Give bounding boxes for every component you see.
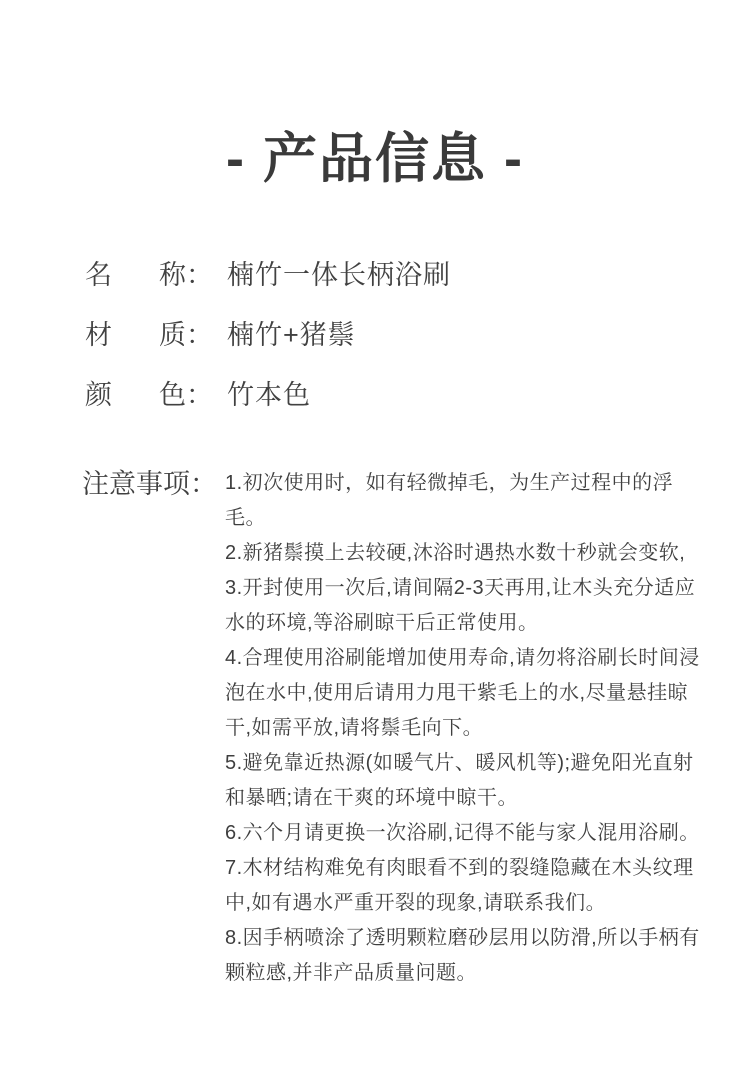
product-attributes: 名称： 楠竹一体长柄浴刷 材质： 楠竹+猪鬃 颜色： 竹本色 — [85, 260, 750, 410]
notes-list: 1.初次使用时，如有轻微掉毛，为生产过程中的浮毛。 2.新猪鬃摸上去较硬,沐浴时… — [225, 466, 707, 991]
attr-label-material: 材质 — [85, 320, 186, 350]
notes-section: 注意事项： 1.初次使用时，如有轻微掉毛，为生产过程中的浮毛。 2.新猪鬃摸上去… — [82, 466, 750, 991]
notes-label: 注意事项： — [82, 466, 225, 502]
attr-label-name: 名称 — [85, 260, 186, 290]
note-item-2: 2.新猪鬃摸上去较硬,沐浴时遇热水数十秒就会变软, — [225, 536, 707, 571]
attr-label-color: 颜色 — [85, 380, 186, 410]
attr-label-char: 色 — [159, 380, 186, 410]
note-item-3: 3.开封使用一次后,请间隔2-3天再用,让木头充分适应水的环境,等浴刷晾干后正常… — [225, 571, 707, 641]
attr-label-char: 称 — [159, 260, 186, 290]
attr-value-material: 楠竹+猪鬃 — [227, 320, 356, 350]
note-item-5: 5.避免靠近热源(如暖气片、暖风机等);避免阳光直射和暴晒;请在干爽的环境中晾干… — [225, 746, 707, 816]
note-item-7: 7.木材结构难免有肉眼看不到的裂缝隐藏在木头纹理中,如有遇水严重开裂的现象,请联… — [225, 851, 707, 921]
note-item-8: 8.因手柄喷涂了透明颗粒磨砂层用以防滑,所以手柄有颗粒感,并非产品质量问题。 — [225, 921, 707, 991]
attr-value-color: 竹本色 — [227, 380, 311, 410]
attr-label-char: 名 — [85, 260, 112, 290]
note-item-6: 6.六个月请更换一次浴刷,记得不能与家人混用浴刷。 — [225, 816, 707, 851]
attr-label-char: 材 — [85, 320, 112, 350]
attr-row-material: 材质： 楠竹+猪鬃 — [85, 320, 750, 350]
attr-colon: ： — [186, 320, 213, 350]
page-title: - 产品信息 - — [0, 0, 750, 188]
note-item-1: 1.初次使用时，如有轻微掉毛，为生产过程中的浮毛。 — [225, 466, 707, 536]
product-info-page: - 产品信息 - 名称： 楠竹一体长柄浴刷 材质： 楠竹+猪鬃 颜色： 竹本色 … — [0, 0, 750, 1082]
attr-colon: ： — [186, 260, 213, 290]
attr-row-name: 名称： 楠竹一体长柄浴刷 — [85, 260, 750, 290]
attr-colon: ： — [186, 380, 213, 410]
notes-label-text: 注意事项 — [82, 469, 190, 499]
attr-label-char: 颜 — [85, 380, 112, 410]
attr-label-char: 质 — [159, 320, 186, 350]
attr-value-name: 楠竹一体长柄浴刷 — [227, 260, 451, 290]
notes-colon: ： — [190, 469, 217, 499]
attr-row-color: 颜色： 竹本色 — [85, 380, 750, 410]
note-item-4: 4.合理使用浴刷能增加使用寿命,请勿将浴刷长时间浸泡在水中,使用后请用力甩干紫毛… — [225, 641, 707, 746]
